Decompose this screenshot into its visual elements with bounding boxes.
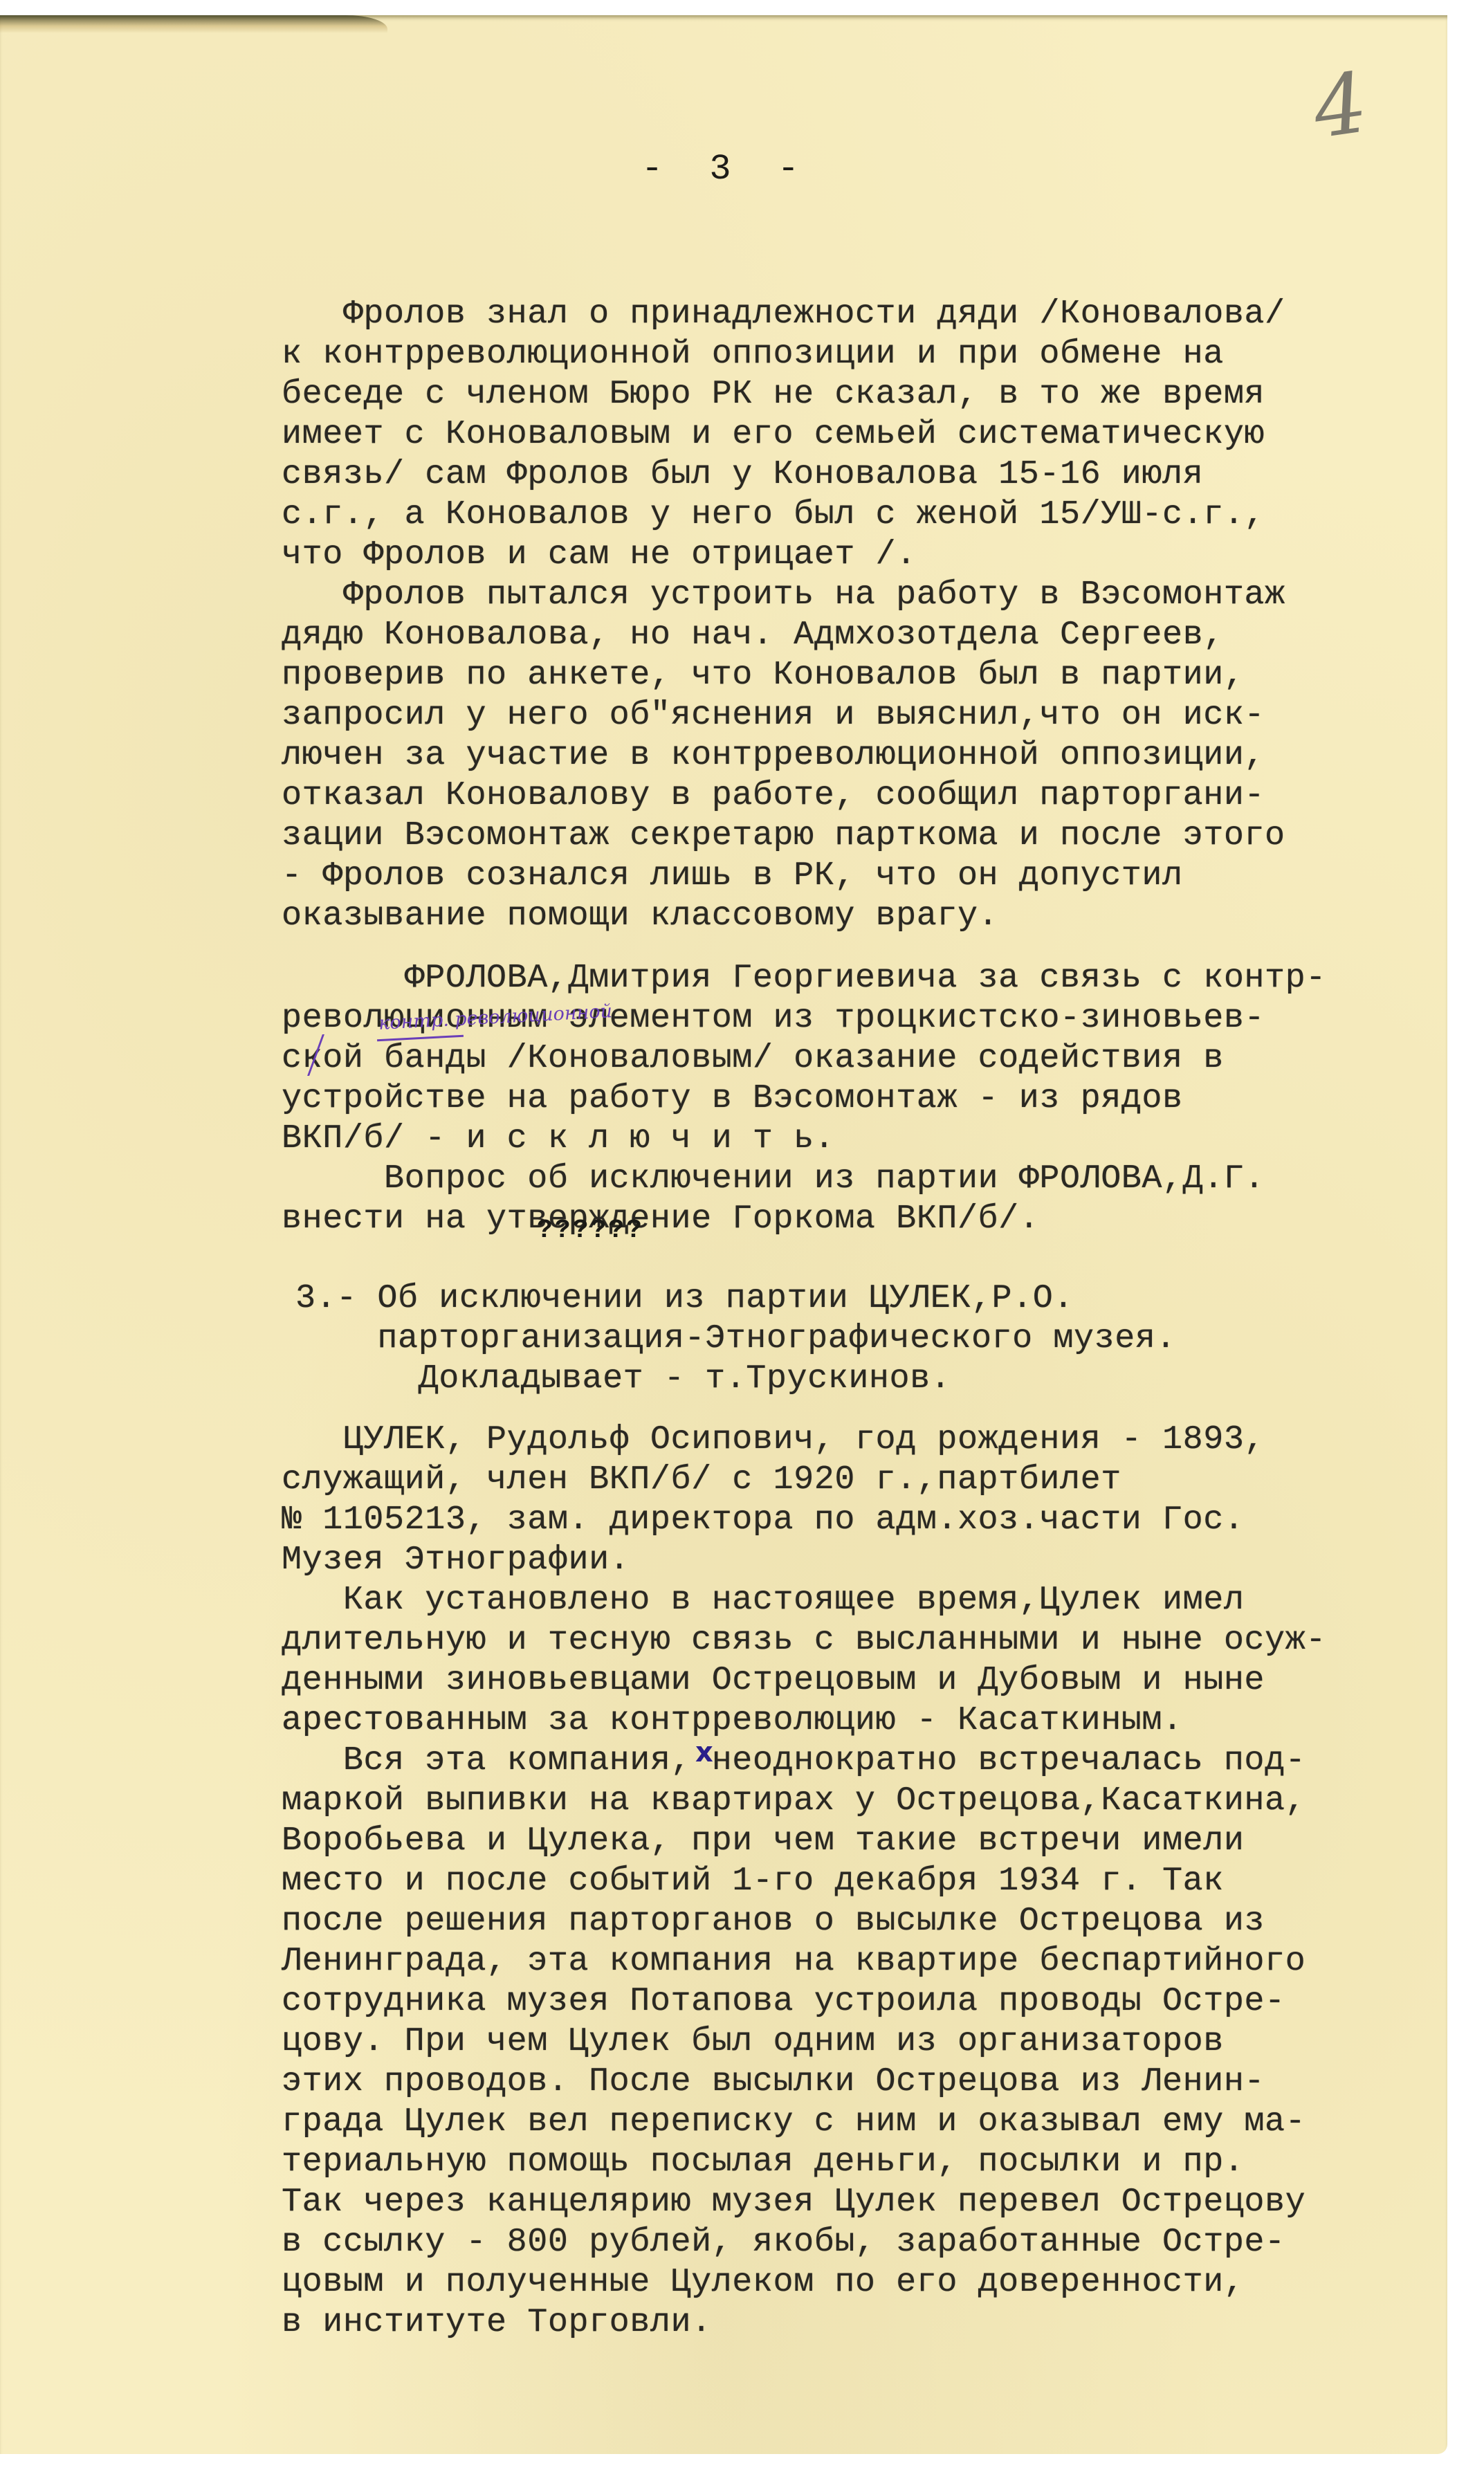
paragraph-frolov-facts: Фролов знал о принадлежности дяди /Конов… <box>282 294 1285 936</box>
typed-line: служащий, член ВКП/б/ с 1920 г.,партбиле… <box>282 1460 1326 1500</box>
typed-line: Вся эта компания, неоднократно встречала… <box>282 1741 1326 1781</box>
typed-line: внести на утверждение Горкома ВКП/б/. <box>282 1199 1326 1239</box>
section-separator: ?????? <box>537 1216 644 1245</box>
typed-line: проверив по анкете, что Коновалов был в … <box>282 655 1285 695</box>
ink-correction-mark: x <box>695 1737 713 1768</box>
typed-line: цову. При чем Цулек был одним из организ… <box>282 2022 1326 2062</box>
typed-line: оказывание помощи классовому врагу. <box>282 896 1285 936</box>
typed-line: связь/ сам Фролов был у Коновалова 15-16… <box>282 455 1285 495</box>
typed-line: в ссылку - 800 рублей, якобы, заработанн… <box>282 2222 1326 2262</box>
typed-line: парторганизация-Этнографического музея. <box>295 1319 1176 1359</box>
typed-line: к контрреволюционной оппозиции и при обм… <box>282 334 1285 374</box>
typed-line: града Цулек вел переписку с ним и оказыв… <box>282 2102 1326 2142</box>
typed-line: место и после событий 1-го декабря 1934 … <box>282 1861 1326 1901</box>
typed-line: отказал Коновалову в работе, сообщил пар… <box>282 776 1285 816</box>
typed-line: в институте Торговли. <box>282 2303 1326 2343</box>
typed-line: маркой выпивки на квартирах у Острецова,… <box>282 1781 1326 1821</box>
typed-line: - Фролов сознался лишь в РК, что он допу… <box>282 856 1285 896</box>
typed-line: Фролов знал о принадлежности дяди /Конов… <box>282 294 1285 334</box>
typed-line: Как установлено в настоящее время,Цулек … <box>282 1580 1326 1620</box>
typed-line: лючен за участие в контрреволюционной оп… <box>282 735 1285 776</box>
typed-line: Вопрос об исключении из партии ФРОЛОВА,Д… <box>282 1159 1326 1199</box>
typed-line: длительную и тесную связь с высланными и… <box>282 1620 1326 1660</box>
typed-line: Воробьева и Цулека, при чем такие встреч… <box>282 1821 1326 1861</box>
agenda-item-3-heading: 3.- Об исключении из партии ЦУЛЕК,Р.О. п… <box>295 1279 1176 1399</box>
typed-line: 3.- Об исключении из партии ЦУЛЕК,Р.О. <box>295 1279 1176 1319</box>
typed-line: с.г., а Коновалов у него был с женой 15/… <box>282 495 1285 535</box>
typed-line: ской банды /Коноваловым/ оказание содейс… <box>282 1038 1326 1079</box>
typed-line: цовым и полученные Цулеком по его довере… <box>282 2262 1326 2303</box>
typed-line: териальную помощь посылая деньги, посылк… <box>282 2142 1326 2182</box>
typed-line: ВКП/б/ - и с к л ю ч и т ь. <box>282 1119 1326 1159</box>
typed-line: Ленинграда, эта компания на квартире бес… <box>282 1941 1326 1981</box>
typed-line: имеет с Коноваловым и его семьей система… <box>282 414 1285 455</box>
typed-line: этих проводов. После высылки Острецова и… <box>282 2062 1326 2102</box>
typed-line: дядю Коновалова, но нач. Адмхозотдела Се… <box>282 615 1285 655</box>
typed-line: Фролов пытался устроить на работу в Вэсо… <box>282 575 1285 615</box>
typed-line: № 1105213, зам. директора по адм.хоз.час… <box>282 1500 1326 1540</box>
typed-line: Докладывает - т.Трускинов. <box>295 1359 1176 1399</box>
typed-line: запросил у него об"яснения и выяснил,что… <box>282 695 1285 735</box>
paragraph-resolution-frolov: ФРОЛОВА,Дмитрия Георгиевича за связь с к… <box>282 958 1326 1239</box>
typed-line: зации Вэсомонтаж секретарю парткома и по… <box>282 816 1285 856</box>
paragraph-tsulek-facts: ЦУЛЕК, Рудольф Осипович, год рождения - … <box>282 1420 1326 2343</box>
typed-line: сотрудника музея Потапова устроила прово… <box>282 1981 1326 2022</box>
typed-line: ЦУЛЕК, Рудольф Осипович, год рождения - … <box>282 1420 1326 1460</box>
typed-line: беседе с членом Бюро РК не сказал, в то … <box>282 374 1285 414</box>
typed-line: что Фролов и сам не отрицает /. <box>282 535 1285 575</box>
typed-line: после решения парторганов о высылке Остр… <box>282 1901 1326 1941</box>
page-number: - 3 - <box>636 149 816 190</box>
typed-line: денными зиновьевцами Острецовым и Дубовы… <box>282 1660 1326 1701</box>
typed-line: арестованным за контрреволюцию - Касатки… <box>282 1701 1326 1741</box>
typed-line: устройстве на работу в Вэсомонтаж - из р… <box>282 1079 1326 1119</box>
torn-page-edge <box>0 15 387 33</box>
typed-line: ФРОЛОВА,Дмитрия Георгиевича за связь с к… <box>282 958 1326 998</box>
typed-line: Так через канцелярию музея Цулек перевел… <box>282 2182 1326 2222</box>
typed-line: Музея Этнографии. <box>282 1540 1326 1580</box>
